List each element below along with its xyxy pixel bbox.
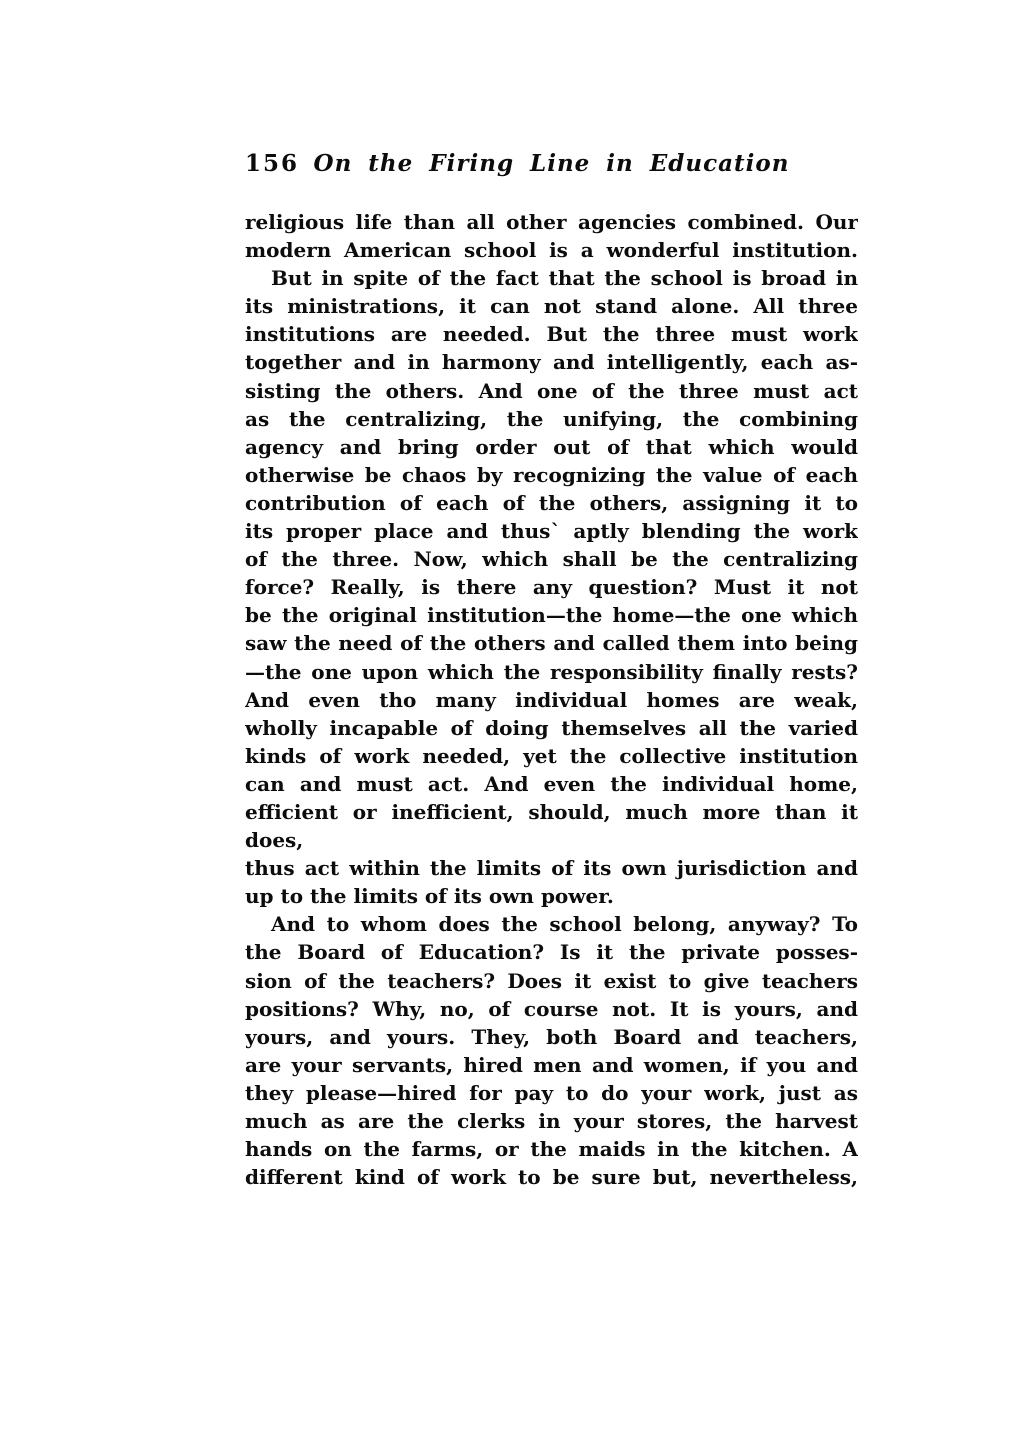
- text-line: But in spite of the fact that the school…: [245, 264, 858, 292]
- text-line: different kind of work to be sure but, n…: [245, 1163, 858, 1191]
- text-line: And even tho many individual homes are w…: [245, 686, 858, 714]
- text-line: of the three. Now, which shall be the ce…: [245, 545, 858, 573]
- text-line: sion of the teachers? Does it exist to g…: [245, 967, 858, 995]
- text-line: its proper place and thus` aptly blendin…: [245, 517, 858, 545]
- text-line: sisting the others. And one of the three…: [245, 377, 858, 405]
- paragraph: religious life than all other agencies c…: [245, 208, 858, 264]
- text-line: kinds of work needed, yet the collective…: [245, 742, 858, 770]
- text-line: force? Really, is there any question? Mu…: [245, 573, 858, 601]
- text-line: yours, and yours. They, both Board and t…: [245, 1023, 858, 1051]
- text-line: —the one upon which the responsibility f…: [245, 658, 858, 686]
- book-page: 156 On the Firing Line in Education reli…: [0, 0, 1010, 1454]
- text-line: positions? Why, no, of course not. It is…: [245, 995, 858, 1023]
- text-line: institutions are needed. But the three m…: [245, 320, 858, 348]
- paragraph: But in spite of the fact that the school…: [245, 264, 858, 910]
- text-line: agency and bring order out of that which…: [245, 433, 858, 461]
- text-line: much as are the clerks in your stores, t…: [245, 1107, 858, 1135]
- text-line: thus act within the limits of its own ju…: [245, 854, 858, 882]
- text-line: saw the need of the others and called th…: [245, 629, 858, 657]
- text-line: its ministrations, it can not stand alon…: [245, 292, 858, 320]
- page-header: 156 On the Firing Line in Education: [245, 150, 858, 180]
- text-line: modern American school is a wonderful in…: [245, 236, 858, 264]
- text-line: can and must act. And even the individua…: [245, 770, 858, 798]
- text-line: are your servants, hired men and women, …: [245, 1051, 858, 1079]
- text-line: be the original institution—the home—the…: [245, 601, 858, 629]
- text-line: hands on the farms, or the maids in the …: [245, 1135, 858, 1163]
- text-line: religious life than all other agencies c…: [245, 208, 858, 236]
- running-title: On the Firing Line in Education: [245, 150, 858, 177]
- page-body: religious life than all other agencies c…: [245, 208, 858, 1191]
- text-line: contribution of each of the others, assi…: [245, 489, 858, 517]
- text-line: the Board of Education? Is it the privat…: [245, 938, 858, 966]
- text-line: together and in harmony and intelligentl…: [245, 348, 858, 376]
- text-line: And to whom does the school belong, anyw…: [245, 910, 858, 938]
- paragraph: And to whom does the school belong, anyw…: [245, 910, 858, 1191]
- text-line: otherwise be chaos by recognizing the va…: [245, 461, 858, 489]
- page-content: 156 On the Firing Line in Education reli…: [245, 150, 858, 1191]
- text-line: efficient or inefficient, should, much m…: [245, 798, 858, 854]
- text-line: wholly incapable of doing themselves all…: [245, 714, 858, 742]
- page-number: 156: [245, 150, 299, 177]
- text-line: they please—hired for pay to do your wor…: [245, 1079, 858, 1107]
- text-line: up to the limits of its own power.: [245, 882, 858, 910]
- text-line: as the centralizing, the unifying, the c…: [245, 405, 858, 433]
